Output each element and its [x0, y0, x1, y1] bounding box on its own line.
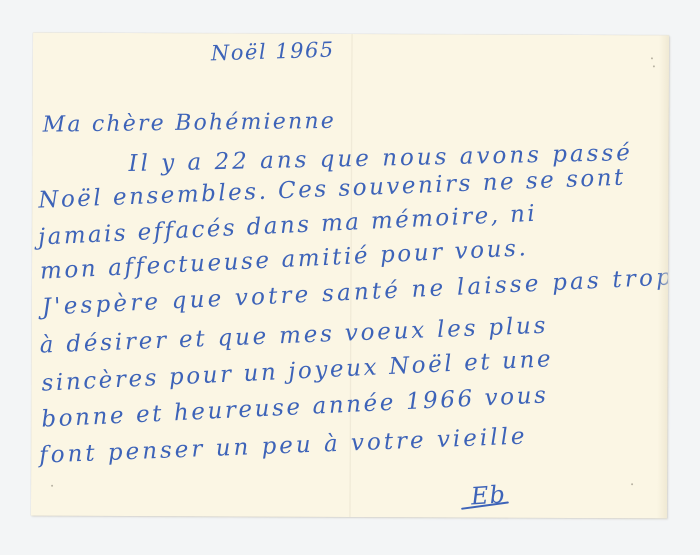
paper-speck [651, 57, 653, 59]
letter-paper: Noël 1965 Ma chère Bohémienne Il y a 22 … [31, 33, 669, 519]
letter-greeting: Ma chère Bohémienne [42, 109, 336, 138]
letter-signature: Eb [470, 480, 507, 510]
letter-date: Noël 1965 [211, 38, 335, 66]
letter-body-line: font penser un peu à votre vieille [39, 423, 528, 468]
paper-speck [631, 483, 633, 485]
paper-speck [51, 485, 53, 487]
paper-speck [653, 65, 655, 67]
scanned-letter: Noël 1965 Ma chère Bohémienne Il y a 22 … [0, 0, 700, 555]
